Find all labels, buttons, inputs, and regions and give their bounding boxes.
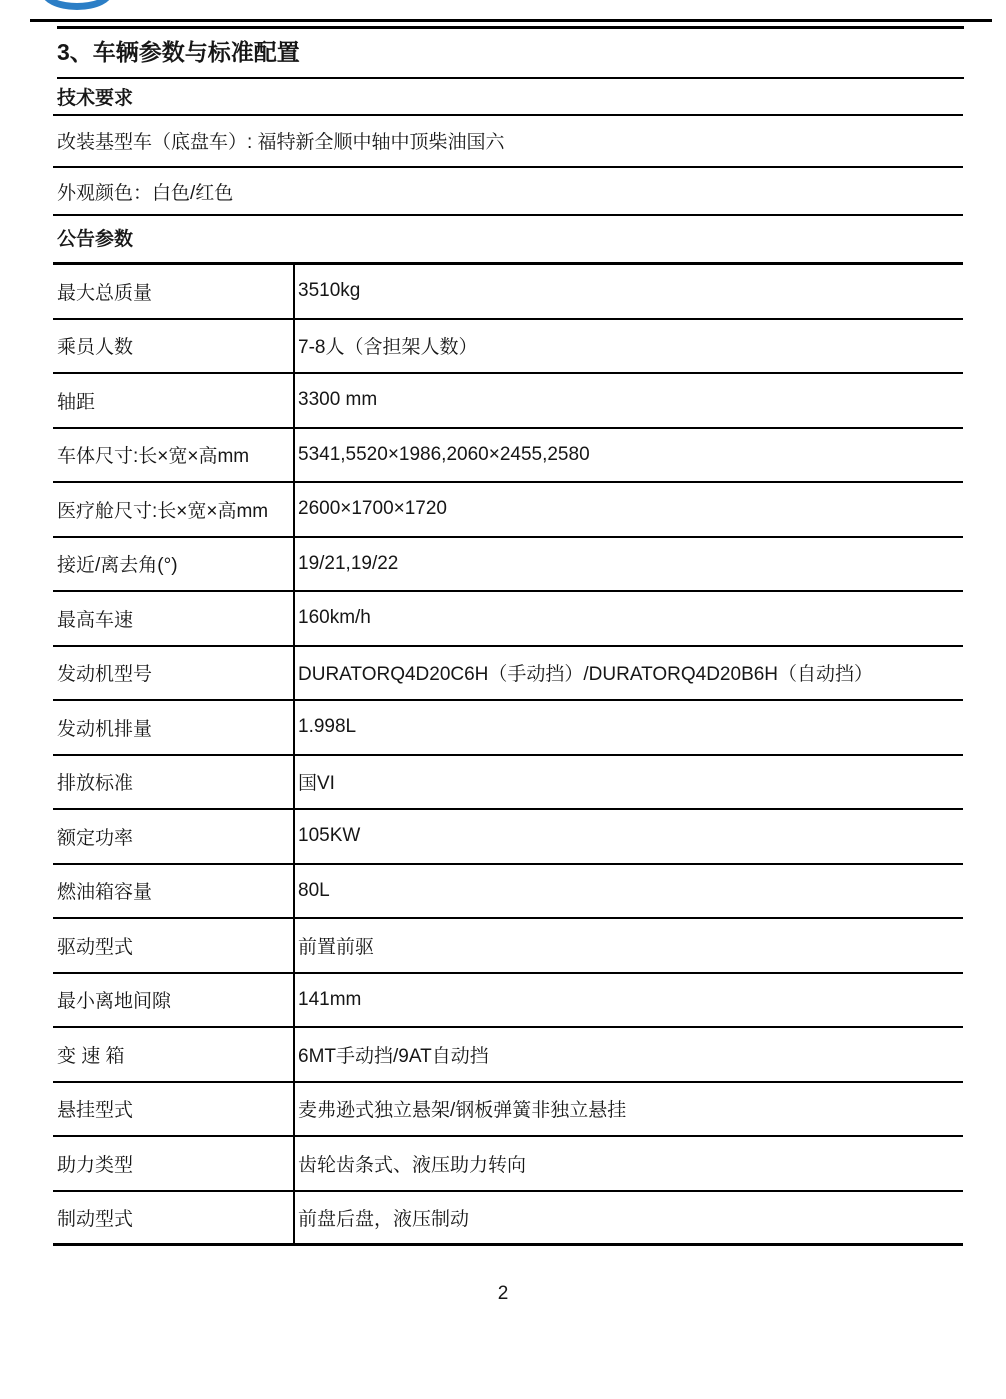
spec-value-cell: 6MT手动挡/9AT自动挡 [293,1028,963,1081]
exterior-color-line: 外观颜色：白色/红色 [57,181,233,207]
spec-value-cell: 141mm [293,974,963,1027]
table-row: 最高车速 160km/h [53,592,963,647]
rule-below-tech-req [53,114,963,116]
spec-label-cell: 额定功率 [53,810,293,863]
spec-value-cell: DURATORQ4D20C6H（手动挡）/DURATORQ4D20B6H（自动挡… [293,647,963,700]
spec-value-cell: 3300 mm [293,374,963,427]
spec-label-cell: 发动机型号 [53,647,293,700]
table-row: 变 速 箱 6MT手动挡/9AT自动挡 [53,1028,963,1083]
spec-value-cell: 3510kg [293,265,963,318]
spec-label-cell: 制动型式 [53,1192,293,1244]
spec-value-cell: 2600×1700×1720 [293,483,963,536]
spec-value-cell: 前盘后盘，液压制动 [293,1192,963,1244]
tech-requirements-heading: 技术要求 [57,86,133,112]
table-row: 悬挂型式 麦弗逊式独立悬架/钢板弹簧非独立悬挂 [53,1083,963,1138]
spec-value-cell: 105KW [293,810,963,863]
spec-label-cell: 接近/离去角(°) [53,538,293,591]
table-row: 驱动型式 前置前驱 [53,919,963,974]
spec-value-cell: 1.998L [293,701,963,754]
rule-below-base-vehicle [53,166,963,168]
spec-value-cell: 160km/h [293,592,963,645]
table-row: 助力类型 齿轮齿条式、液压助力转向 [53,1137,963,1192]
spec-value-cell: 国VI [293,756,963,809]
spec-label-cell: 最高车速 [53,592,293,645]
spec-value-cell: 麦弗逊式独立悬架/钢板弹簧非独立悬挂 [293,1083,963,1136]
spec-label-cell: 医疗舱尺寸:长×宽×高mm [53,483,293,536]
header-rule-outer [30,19,992,22]
spec-value-cell: 80L [293,865,963,918]
spec-label-cell: 燃油箱容量 [53,865,293,918]
spec-label-cell: 变 速 箱 [53,1028,293,1081]
spec-value-cell: 前置前驱 [293,919,963,972]
brand-logo [38,0,118,11]
table-row: 额定功率 105KW [53,810,963,865]
table-row: 发动机型号 DURATORQ4D20C6H（手动挡）/DURATORQ4D20B… [53,647,963,702]
announce-params-heading: 公告参数 [57,227,133,253]
spec-label-cell: 最大总质量 [53,265,293,318]
spec-value-cell: 19/21,19/22 [293,538,963,591]
spec-label-cell: 助力类型 [53,1137,293,1190]
spec-value-cell: 5341,5520×1986,2060×2455,2580 [293,429,963,482]
spec-value-cell: 齿轮齿条式、液压助力转向 [293,1137,963,1190]
spec-value-cell: 7-8人（含担架人数） [293,320,963,373]
page-number: 2 [0,1283,1006,1305]
table-row: 乘员人数 7-8人（含担架人数） [53,320,963,375]
spec-label-cell: 悬挂型式 [53,1083,293,1136]
table-row: 排放标准 国VI [53,756,963,811]
spec-label-cell: 最小离地间隙 [53,974,293,1027]
spec-label-cell: 驱动型式 [53,919,293,972]
spec-label-cell: 车体尺寸:长×宽×高mm [53,429,293,482]
spec-label-cell: 轴距 [53,374,293,427]
blue-ellipse-arc-icon [41,0,113,10]
table-row: 最大总质量 3510kg [53,265,963,320]
table-row: 燃油箱容量 80L [53,865,963,920]
table-row: 发动机排量 1.998L [53,701,963,756]
spec-label-cell: 发动机排量 [53,701,293,754]
section-title: 3、车辆参数与标准配置 [57,37,300,67]
table-row: 最小离地间隙 141mm [53,974,963,1029]
table-row: 车体尺寸:长×宽×高mm 5341,5520×1986,2060×2455,25… [53,429,963,484]
spec-label-cell: 乘员人数 [53,320,293,373]
table-row: 制动型式 前盘后盘，液压制动 [53,1192,963,1247]
table-row: 接近/离去角(°) 19/21,19/22 [53,538,963,593]
rule-below-exterior-color [53,214,963,216]
header-rule-inner [57,26,964,29]
rule-below-title [57,77,964,79]
table-row: 轴距 3300 mm [53,374,963,429]
table-row: 医疗舱尺寸:长×宽×高mm 2600×1700×1720 [53,483,963,538]
spec-table: 最大总质量 3510kg 乘员人数 7-8人（含担架人数） 轴距 3300 mm… [53,262,963,1246]
spec-label-cell: 排放标准 [53,756,293,809]
base-vehicle-line: 改装基型车（底盘车）: 福特新全顺中轴中顶柴油国六 [57,130,505,156]
